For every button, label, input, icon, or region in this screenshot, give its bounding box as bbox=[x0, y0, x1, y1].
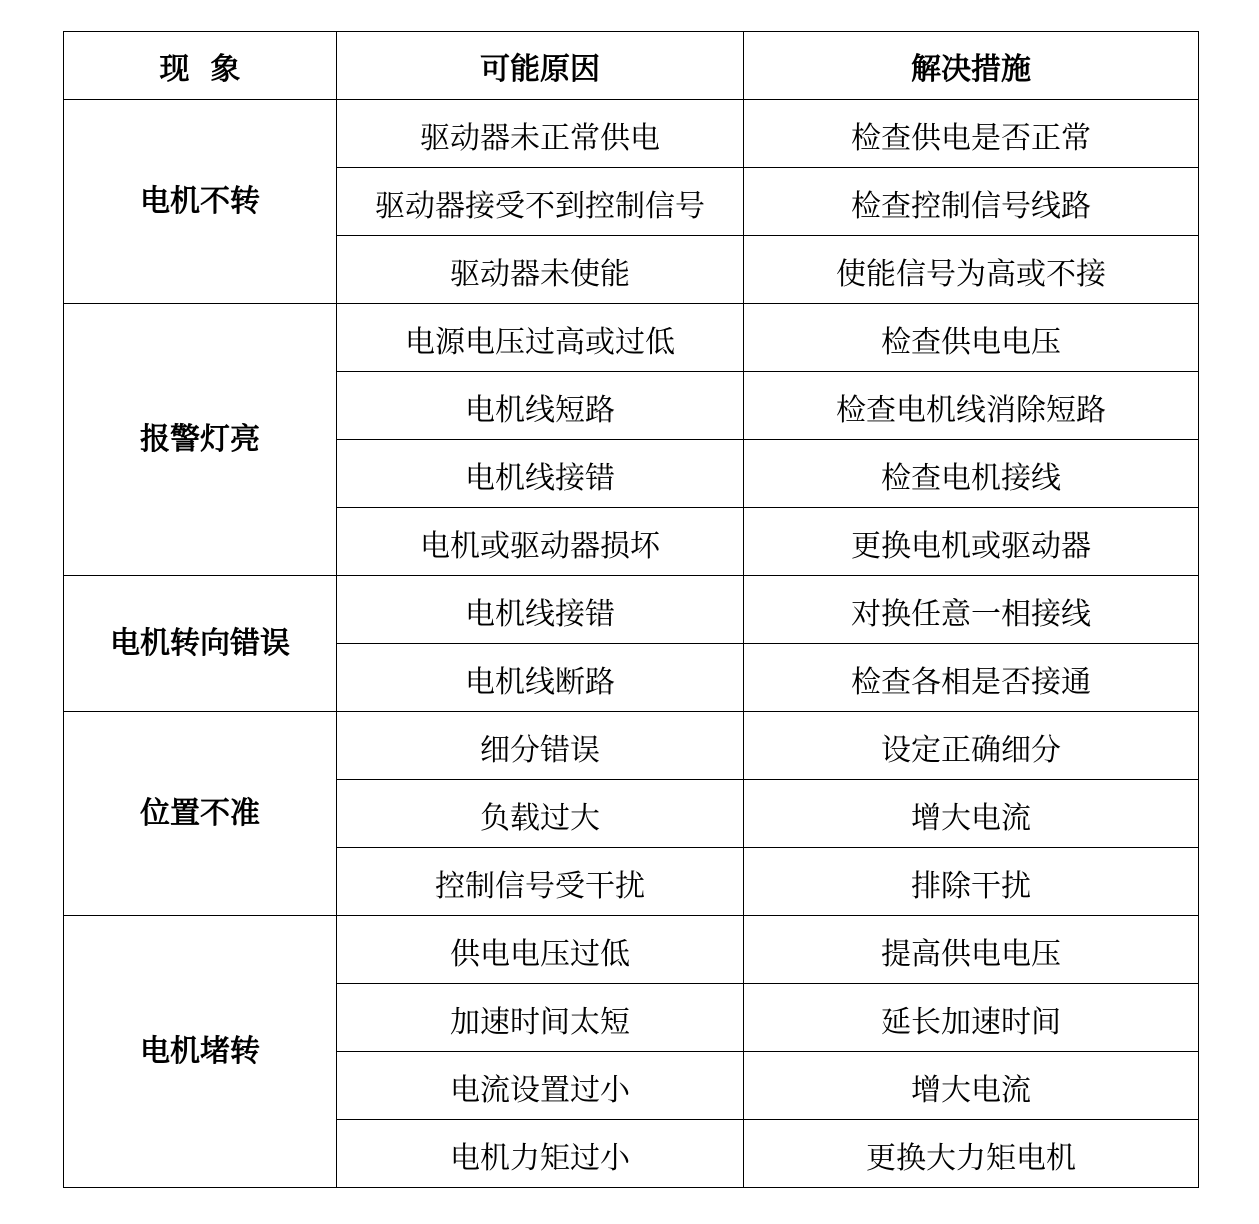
solution-cell: 提高供电电压 bbox=[744, 916, 1199, 984]
cause-cell: 驱动器接受不到控制信号 bbox=[337, 168, 744, 236]
cause-cell: 电机或驱动器损坏 bbox=[337, 508, 744, 576]
solution-cell: 更换大力矩电机 bbox=[744, 1120, 1199, 1188]
table-row: 电机转向错误 电机线接错 对换任意一相接线 bbox=[64, 576, 1199, 644]
symptom-cell: 电机堵转 bbox=[64, 916, 337, 1188]
cause-cell: 电机线断路 bbox=[337, 644, 744, 712]
cause-cell: 电机力矩过小 bbox=[337, 1120, 744, 1188]
cause-cell: 电源电压过高或过低 bbox=[337, 304, 744, 372]
cause-cell: 电机线接错 bbox=[337, 440, 744, 508]
table-row: 电机堵转 供电电压过低 提高供电电压 bbox=[64, 916, 1199, 984]
solution-cell: 更换电机或驱动器 bbox=[744, 508, 1199, 576]
solution-cell: 增大电流 bbox=[744, 780, 1199, 848]
header-solution: 解决措施 bbox=[744, 32, 1199, 100]
cause-cell: 电机线短路 bbox=[337, 372, 744, 440]
table-row: 电机不转 驱动器未正常供电 检查供电是否正常 bbox=[64, 100, 1199, 168]
solution-cell: 排除干扰 bbox=[744, 848, 1199, 916]
cause-cell: 负载过大 bbox=[337, 780, 744, 848]
table-row: 位置不准 细分错误 设定正确细分 bbox=[64, 712, 1199, 780]
cause-cell: 控制信号受干扰 bbox=[337, 848, 744, 916]
fault-troubleshooting-table: 现 象 可能原因 解决措施 电机不转 驱动器未正常供电 检查供电是否正常 驱动器… bbox=[63, 31, 1199, 1188]
cause-cell: 电流设置过小 bbox=[337, 1052, 744, 1120]
symptom-cell: 电机转向错误 bbox=[64, 576, 337, 712]
solution-cell: 延长加速时间 bbox=[744, 984, 1199, 1052]
cause-cell: 加速时间太短 bbox=[337, 984, 744, 1052]
cause-cell: 驱动器未正常供电 bbox=[337, 100, 744, 168]
solution-cell: 检查控制信号线路 bbox=[744, 168, 1199, 236]
solution-cell: 检查供电电压 bbox=[744, 304, 1199, 372]
header-symptom: 现 象 bbox=[64, 32, 337, 100]
solution-cell: 使能信号为高或不接 bbox=[744, 236, 1199, 304]
cause-cell: 电机线接错 bbox=[337, 576, 744, 644]
table-row: 报警灯亮 电源电压过高或过低 检查供电电压 bbox=[64, 304, 1199, 372]
solution-cell: 增大电流 bbox=[744, 1052, 1199, 1120]
solution-cell: 检查各相是否接通 bbox=[744, 644, 1199, 712]
header-cause: 可能原因 bbox=[337, 32, 744, 100]
symptom-cell: 位置不准 bbox=[64, 712, 337, 916]
symptom-cell: 电机不转 bbox=[64, 100, 337, 304]
symptom-cell: 报警灯亮 bbox=[64, 304, 337, 576]
solution-cell: 检查电机线消除短路 bbox=[744, 372, 1199, 440]
cause-cell: 细分错误 bbox=[337, 712, 744, 780]
solution-cell: 对换任意一相接线 bbox=[744, 576, 1199, 644]
solution-cell: 设定正确细分 bbox=[744, 712, 1199, 780]
cause-cell: 供电电压过低 bbox=[337, 916, 744, 984]
solution-cell: 检查供电是否正常 bbox=[744, 100, 1199, 168]
solution-cell: 检查电机接线 bbox=[744, 440, 1199, 508]
cause-cell: 驱动器未使能 bbox=[337, 236, 744, 304]
header-row: 现 象 可能原因 解决措施 bbox=[64, 32, 1199, 100]
